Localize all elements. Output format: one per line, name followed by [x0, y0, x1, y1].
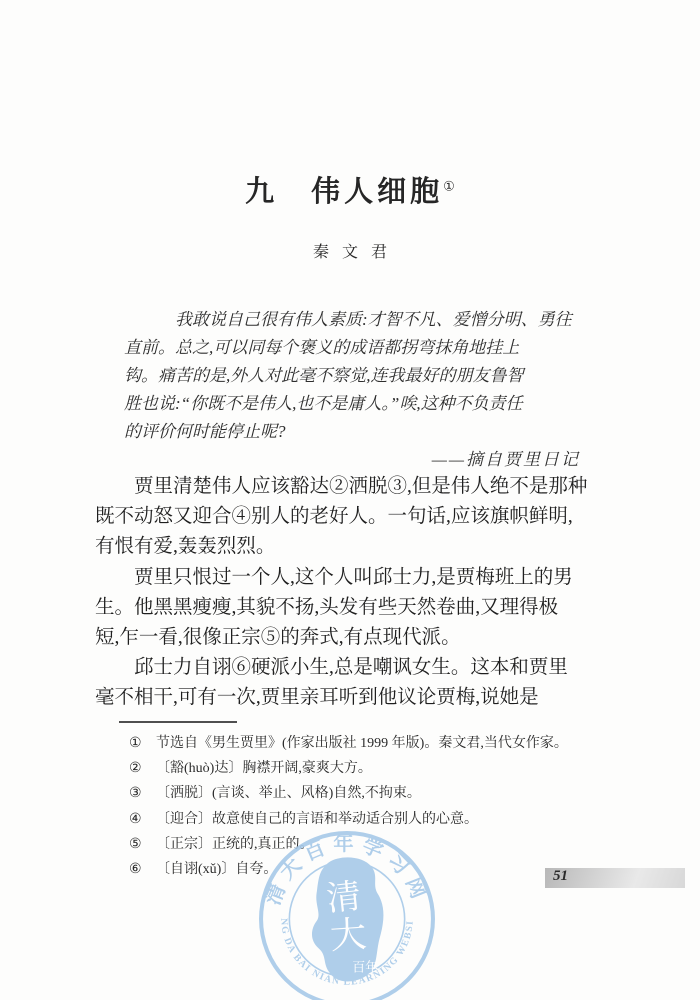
- seal-char-sub: 百年: [352, 959, 378, 975]
- epigraph-line: 的评价何时能停止呢?: [124, 418, 582, 446]
- footnote-item: ② 〔豁(huò)达〕胸襟开阔,豪爽大方。: [129, 756, 604, 781]
- lesson-title: 九 伟人细胞①: [0, 169, 700, 210]
- footnote-text: 〔豁(huò)达〕胸襟开阔,豪爽大方。: [156, 756, 372, 781]
- epigraph-quote: 我敢说自己很有伟人素质:才智不凡、爱憎分明、勇往直前。总之,可以同每个褒义的成语…: [124, 306, 582, 474]
- footnote-text: 节选自《男生贾里》(作家出版社 1999 年版)。秦文君,当代女作家。: [156, 731, 568, 756]
- footnote-number: ②: [129, 756, 156, 781]
- main-text: 贾里清楚伟人应该豁达②洒脱③,但是伟人绝不是那种既不动怒又迎合④别人的老好人。一…: [95, 472, 610, 714]
- epigraph-attribution: ——摘自贾里日记: [124, 446, 582, 474]
- text-line: 有恨有爱,轰轰烈烈。: [95, 532, 610, 562]
- text-line: 短,乍一看,很像正宗⑤的奔式,有点现代派。: [95, 623, 610, 653]
- footnotes: ① 节选自《男生贾里》(作家出版社 1999 年版)。秦文君,当代女作家。 ② …: [129, 731, 604, 882]
- footnote-item: ⑥ 〔自诩(xǔ)〕自夸。: [129, 857, 604, 882]
- footnote-item: ③ 〔洒脱〕(言谈、举止、风格)自然,不拘束。: [129, 781, 604, 806]
- footnote-number: ③: [129, 781, 156, 806]
- footnote-item: ① 节选自《男生贾里》(作家出版社 1999 年版)。秦文君,当代女作家。: [129, 731, 604, 756]
- page-number-bar: 51: [545, 868, 685, 888]
- title-footnote-ref: ①: [443, 178, 455, 193]
- text-line: 毫不相干,可有一次,贾里亲耳听到他议论贾梅,说她是: [95, 683, 610, 713]
- footnote-number: ①: [129, 731, 156, 756]
- text-line: 生。他黑黑瘦瘦,其貌不扬,头发有些天然卷曲,又理得极: [95, 593, 610, 623]
- textbook-page: 九 伟人细胞① 秦文君 我敢说自己很有伟人素质:才智不凡、爱憎分明、勇往直前。总…: [0, 0, 700, 1000]
- text-line: 既不动怒又迎合④别人的老好人。一句话,应该旗帜鲜明,: [95, 502, 610, 532]
- epigraph-line: 钩。痛苦的是,外人对此毫不察觉,连我最好的朋友鲁智: [124, 362, 582, 390]
- seal-char-main: 大: [329, 914, 368, 956]
- text-line: 贾里清楚伟人应该豁达②洒脱③,但是伟人绝不是那种: [95, 472, 610, 502]
- footnote-text: 〔自诩(xǔ)〕自夸。: [156, 857, 277, 882]
- footnote-text: 〔迎合〕故意使自己的言语和举动适合别人的心意。: [156, 807, 478, 832]
- seal-char-top: 清: [325, 877, 363, 918]
- footnote-item: ⑤ 〔正宗〕正统的,真正的。: [129, 832, 604, 857]
- text-line: 贾里只恨过一个人,这个人叫邱士力,是贾梅班上的男: [95, 563, 610, 593]
- footnote-divider: [119, 721, 237, 723]
- author-name: 秦文君: [0, 239, 700, 262]
- epigraph-line: 直前。总之,可以同每个褒义的成语都拐弯抹角地挂上: [124, 334, 582, 362]
- footnote-text: 〔正宗〕正统的,真正的。: [156, 832, 314, 857]
- lesson-title-text: 九 伟人细胞: [245, 176, 443, 208]
- epigraph-line: 胜也说:“你既不是伟人,也不是庸人。”唉,这种不负责任: [124, 390, 582, 418]
- page-number: 51: [553, 868, 568, 885]
- epigraph-line: 我敢说自己很有伟人素质:才智不凡、爱憎分明、勇往: [124, 306, 582, 334]
- text-line: 邱士力自诩⑥硬派小生,总是嘲讽女生。这本和贾里: [95, 653, 610, 683]
- footnote-number: ⑥: [129, 857, 156, 882]
- footnote-number: ④: [129, 807, 156, 832]
- footnote-item: ④ 〔迎合〕故意使自己的言语和举动适合别人的心意。: [129, 807, 604, 832]
- footnote-text: 〔洒脱〕(言谈、举止、风格)自然,不拘束。: [156, 781, 421, 806]
- footnote-number: ⑤: [129, 832, 156, 857]
